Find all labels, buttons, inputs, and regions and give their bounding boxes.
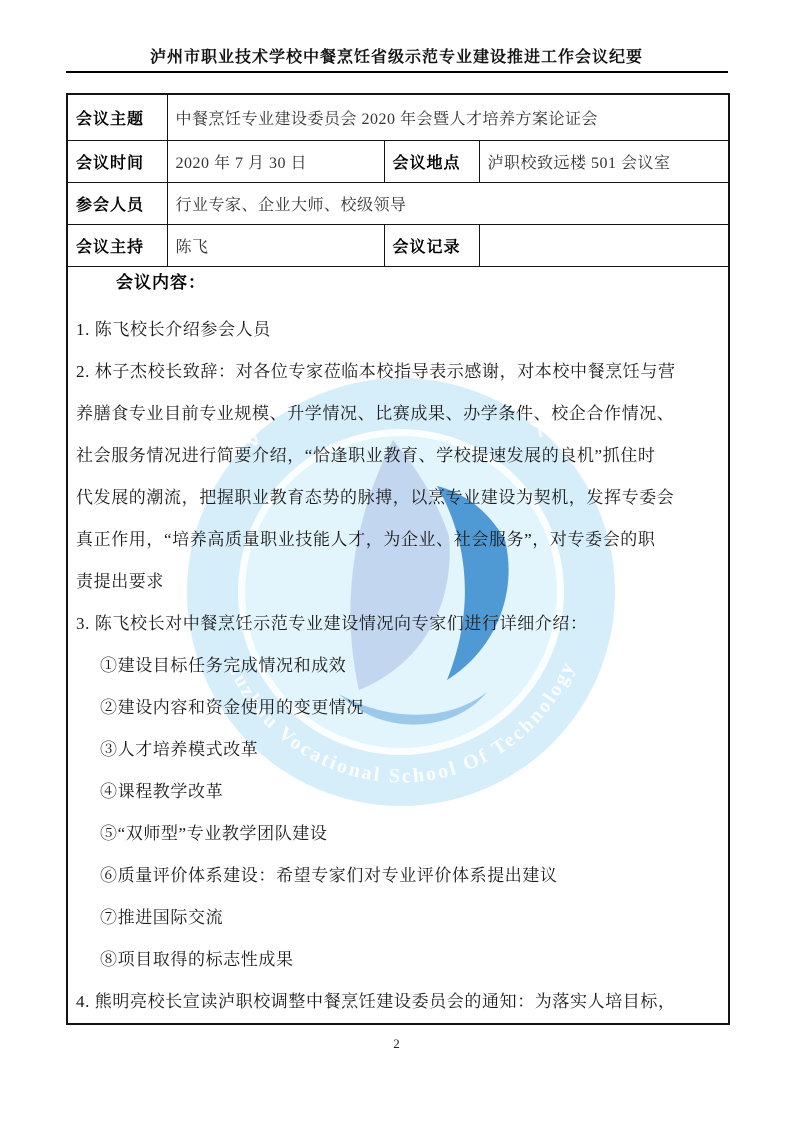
attendees-label: 参会人员 [67, 182, 167, 224]
page-title: 泸州市职业技术学校中餐烹饪省级示范专业建设推进工作会议纪要 [0, 44, 793, 67]
meeting-content-heading: 会议内容： [76, 267, 720, 309]
content-line: 社会服务情况进行简要介绍，“恰逢职业教育、学校提速发展的良机”抓住时 [76, 435, 720, 477]
topic-value: 中餐烹饪专业建设委员会 2020 年会暨人才培养方案论证会 [167, 94, 729, 140]
topic-label: 会议主题 [67, 94, 167, 140]
document-page: 泸州市职业技术学校 Luzhou Vocational School Of Te… [0, 0, 793, 1122]
time-value: 2020 年 7 月 30 日 [167, 140, 384, 182]
content-line: 真正作用，“培养高质量职业技能人才，为企业、社会服务”，对专委会的职 [76, 519, 720, 561]
content-line: 代发展的潮流，把握职业教育态势的脉搏，以烹专业建设为契机，发挥专委会 [76, 477, 720, 519]
content-line: 2. 林子杰校长致辞：对各位专家莅临本校指导表示感谢，对本校中餐烹饪与营 [76, 351, 720, 393]
content-lines: 1. 陈飞校长介绍参会人员2. 林子杰校长致辞：对各位专家莅临本校指导表示感谢，… [76, 309, 720, 1023]
content-line: ①建设目标任务完成情况和成效 [76, 645, 720, 687]
content-line: ⑥质量评价体系建设：希望专家们对专业评价体系提出建议 [76, 855, 720, 897]
meeting-content-cell: 会议内容： 1. 陈飞校长介绍参会人员2. 林子杰校长致辞：对各位专家莅临本校指… [67, 266, 729, 1024]
content-line: ④课程教学改革 [76, 771, 720, 813]
content-line: ⑧项目取得的标志性成果 [76, 939, 720, 981]
time-label: 会议时间 [67, 140, 167, 182]
content-line: 养膳食专业目前专业规模、升学情况、比赛成果、办学条件、校企合作情况、 [76, 393, 720, 435]
table-row-host-recorder: 会议主持 陈飞 会议记录 [67, 224, 729, 266]
content-line: 责提出要求 [76, 561, 720, 603]
content-line: 4. 熊明亮校长宣读泸职校调整中餐烹饪建设委员会的通知：为落实人培目标， [76, 981, 720, 1023]
header-divider [66, 71, 728, 73]
page-number: 2 [0, 1036, 793, 1052]
attendees-value: 行业专家、企业大师、校级领导 [167, 182, 729, 224]
location-label: 会议地点 [384, 140, 479, 182]
content-line: 3. 陈飞校长对中餐烹饪示范专业建设情况向专家们进行详细介绍： [76, 603, 720, 645]
host-label: 会议主持 [67, 224, 167, 266]
table-row-topic: 会议主题 中餐烹饪专业建设委员会 2020 年会暨人才培养方案论证会 [67, 94, 729, 140]
table-row-time-location: 会议时间 2020 年 7 月 30 日 会议地点 泸职校致远楼 501 会议室 [67, 140, 729, 182]
host-value: 陈飞 [167, 224, 384, 266]
content-line: ②建设内容和资金使用的变更情况 [76, 687, 720, 729]
recorder-label: 会议记录 [384, 224, 479, 266]
content-line: 1. 陈飞校长介绍参会人员 [76, 309, 720, 351]
location-value: 泸职校致远楼 501 会议室 [479, 140, 729, 182]
content-line: ③人才培养模式改革 [76, 729, 720, 771]
content-line: ⑦推进国际交流 [76, 897, 720, 939]
recorder-value [479, 224, 729, 266]
meeting-info-table: 会议主题 中餐烹饪专业建设委员会 2020 年会暨人才培养方案论证会 会议时间 … [66, 93, 730, 1025]
content-line: ⑤“双师型”专业教学团队建设 [76, 813, 720, 855]
table-row-content: 会议内容： 1. 陈飞校长介绍参会人员2. 林子杰校长致辞：对各位专家莅临本校指… [67, 266, 729, 1024]
table-row-attendees: 参会人员 行业专家、企业大师、校级领导 [67, 182, 729, 224]
